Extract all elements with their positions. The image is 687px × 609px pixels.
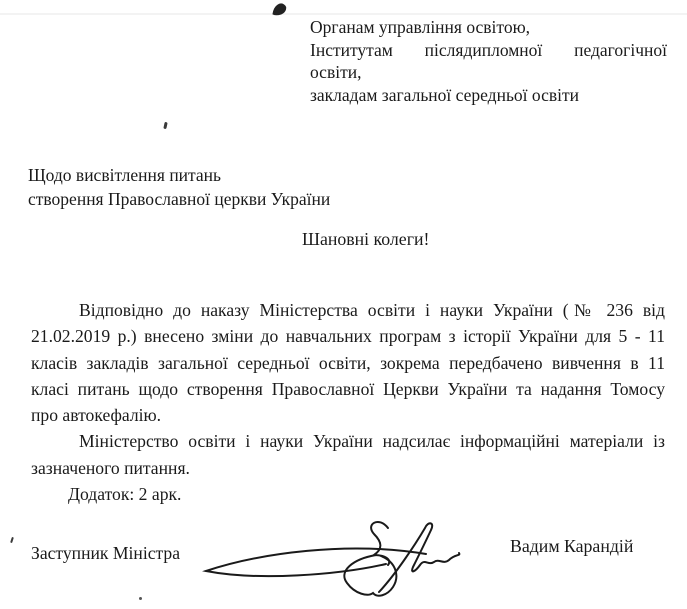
subject-line: створення Православної церкви України <box>28 188 388 212</box>
body-line: 21.02.2019 р.) внесено зміни до навчальн… <box>31 323 665 349</box>
body-line: зазначеного питання. <box>31 455 665 481</box>
scan-fold-line <box>0 13 687 15</box>
signer-title: Заступник Міністра <box>31 543 180 564</box>
ink-blot-mark <box>271 1 293 18</box>
scan-speck <box>139 597 142 600</box>
body-line: про автокефалію. <box>31 402 665 428</box>
body-line: класів закладів загальної середньої осві… <box>31 350 665 376</box>
body-text: Відповідно до наказу Міністерства освіти… <box>31 297 665 507</box>
salutation: Шановні колеги! <box>302 229 429 250</box>
attachment-line: Додаток: 2 арк. <box>31 481 665 507</box>
addressee-line: освіти, <box>310 61 667 84</box>
scan-speck <box>163 122 167 129</box>
subject-block: Щодо висвітлення питань створення Правос… <box>28 164 388 211</box>
addressee-block: Органам управління освітою, Інститутам п… <box>310 16 667 106</box>
addressee-line: Інститутам післядипломної педагогічної <box>310 39 667 62</box>
body-line: Міністерство освіти і науки України надс… <box>31 428 665 454</box>
scanned-letter-page: Органам управління освітою, Інститутам п… <box>0 0 687 609</box>
addressee-line: закладам загальної середньої освіти <box>310 84 667 107</box>
subject-line: Щодо висвітлення питань <box>28 164 388 188</box>
addressee-line: Органам управління освітою, <box>310 16 667 39</box>
handwritten-signature-icon <box>198 505 470 605</box>
scan-speck <box>10 537 14 543</box>
body-line: Відповідно до наказу Міністерства освіти… <box>31 297 665 323</box>
body-line: класі питань щодо створення Православної… <box>31 376 665 402</box>
signer-name: Вадим Карандій <box>510 536 633 557</box>
